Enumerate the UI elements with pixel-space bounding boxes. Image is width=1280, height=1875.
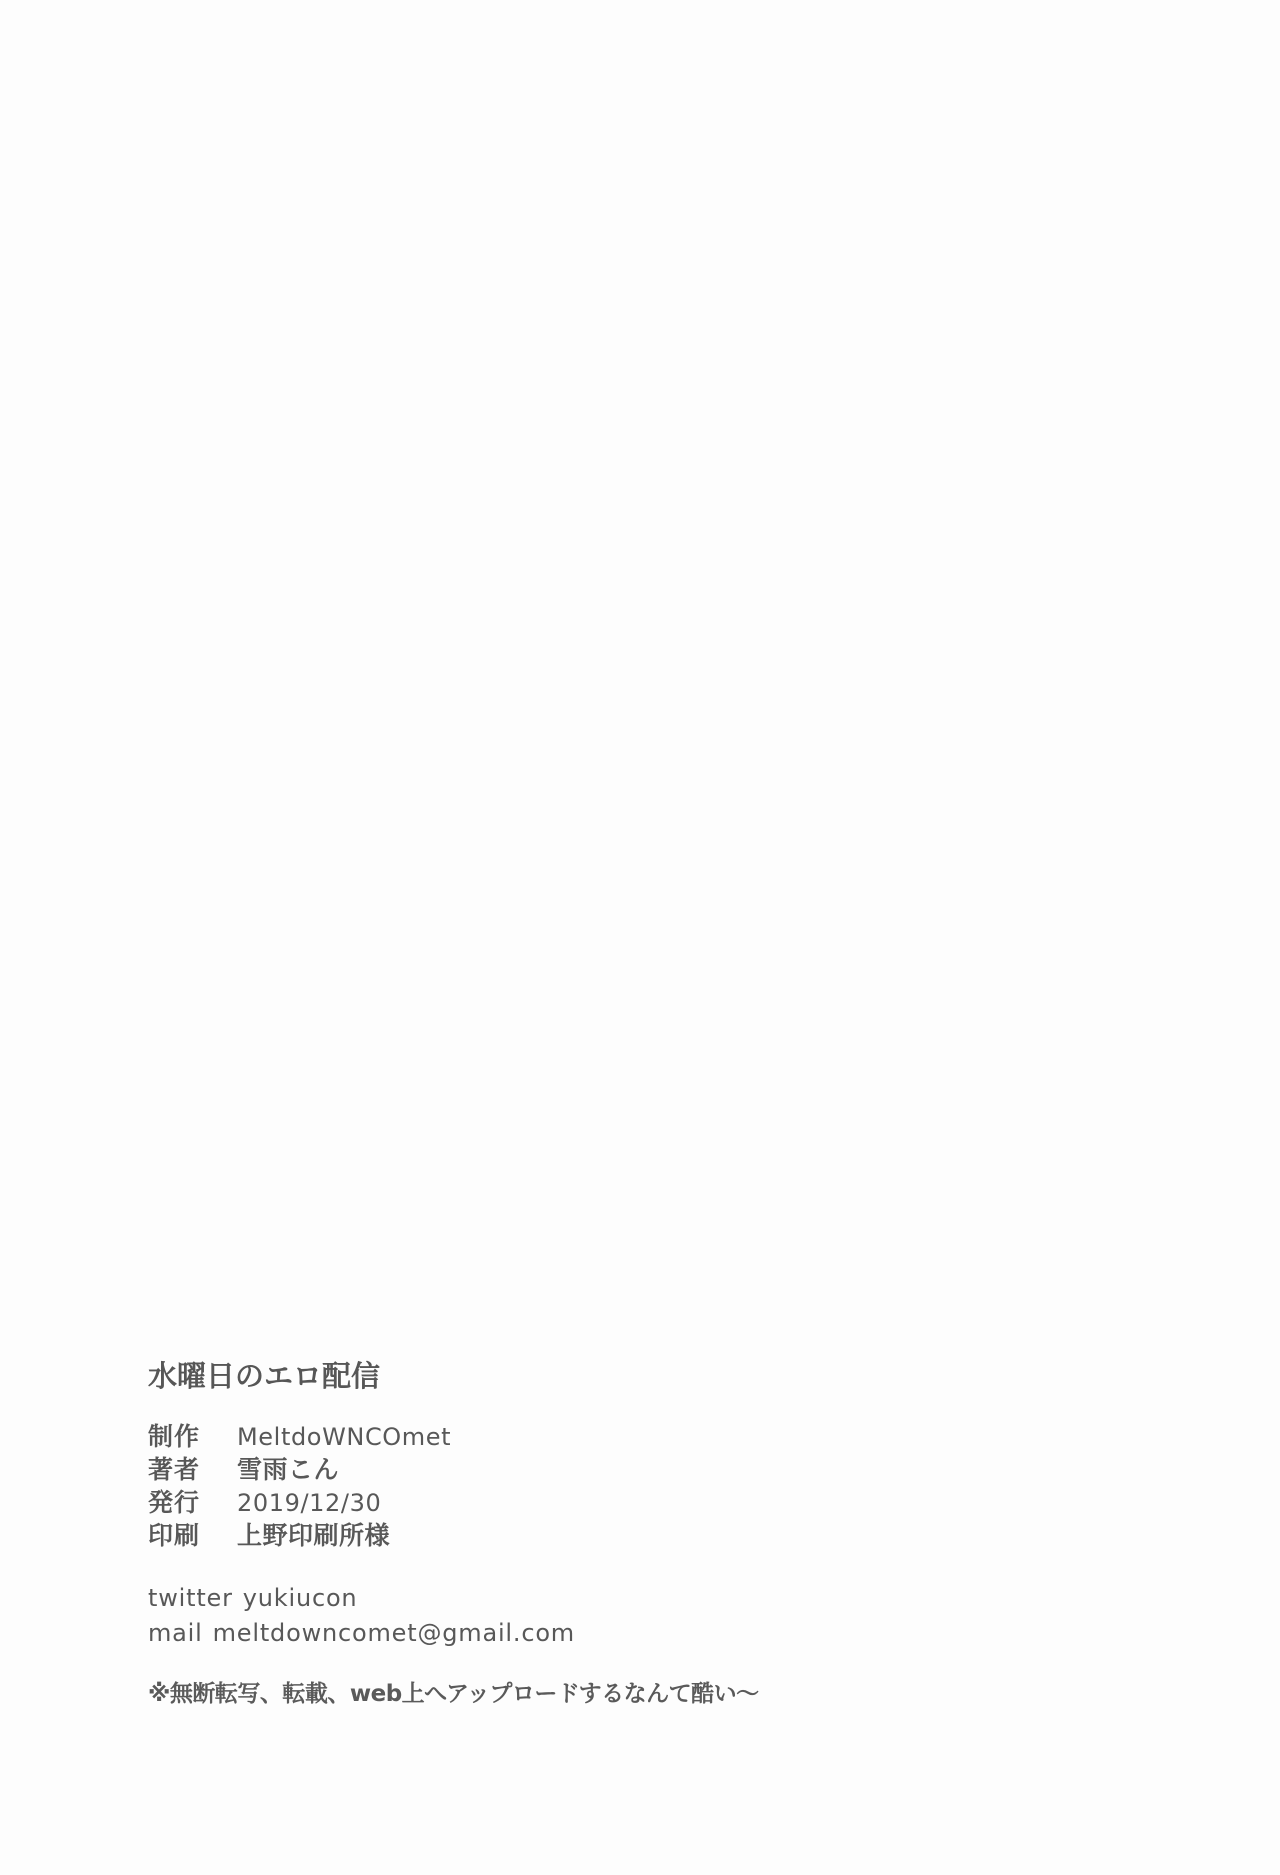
credit-value-date: 2019/12/30 bbox=[237, 1487, 381, 1520]
book-title: 水曜日のエロ配信 bbox=[148, 1356, 908, 1396]
book-back-page: 水曜日のエロ配信 制作 MeltdoWNCOmet 著者 雪雨こん 発行 201… bbox=[0, 0, 1280, 1875]
contact-twitter: twitteryukiucon bbox=[148, 1581, 908, 1616]
contacts: twitteryukiucon mailmeltdowncomet@gmail.… bbox=[148, 1581, 908, 1651]
colophon: 水曜日のエロ配信 制作 MeltdoWNCOmet 著者 雪雨こん 発行 201… bbox=[148, 1356, 908, 1711]
credit-row-publish-date: 発行 2019/12/30 bbox=[148, 1486, 908, 1519]
email-address: meltdowncomet@gmail.com bbox=[213, 1619, 575, 1647]
copyright-notice: ※無断転写、転載、web上へアップロードするなんて酷い〜 bbox=[148, 1677, 908, 1711]
credit-label: 著者 bbox=[148, 1453, 237, 1486]
credit-label: 制作 bbox=[148, 1420, 237, 1453]
credit-label: 印刷 bbox=[148, 1519, 237, 1552]
twitter-handle: yukiucon bbox=[243, 1584, 358, 1612]
credit-value-circle: MeltdoWNCOmet bbox=[237, 1421, 451, 1454]
credit-value-printer: 上野印刷所様 bbox=[237, 1519, 390, 1552]
contact-label: twitter bbox=[148, 1584, 233, 1612]
credit-row-printer: 印刷 上野印刷所様 bbox=[148, 1519, 908, 1552]
credit-row-author: 著者 雪雨こん bbox=[148, 1453, 908, 1486]
contact-label: mail bbox=[148, 1619, 203, 1647]
contact-mail: mailmeltdowncomet@gmail.com bbox=[148, 1616, 908, 1651]
credit-value-author: 雪雨こん bbox=[237, 1453, 339, 1486]
credit-label: 発行 bbox=[148, 1486, 237, 1519]
credits-list: 制作 MeltdoWNCOmet 著者 雪雨こん 発行 2019/12/30 印… bbox=[148, 1420, 908, 1552]
credit-row-production: 制作 MeltdoWNCOmet bbox=[148, 1420, 908, 1453]
